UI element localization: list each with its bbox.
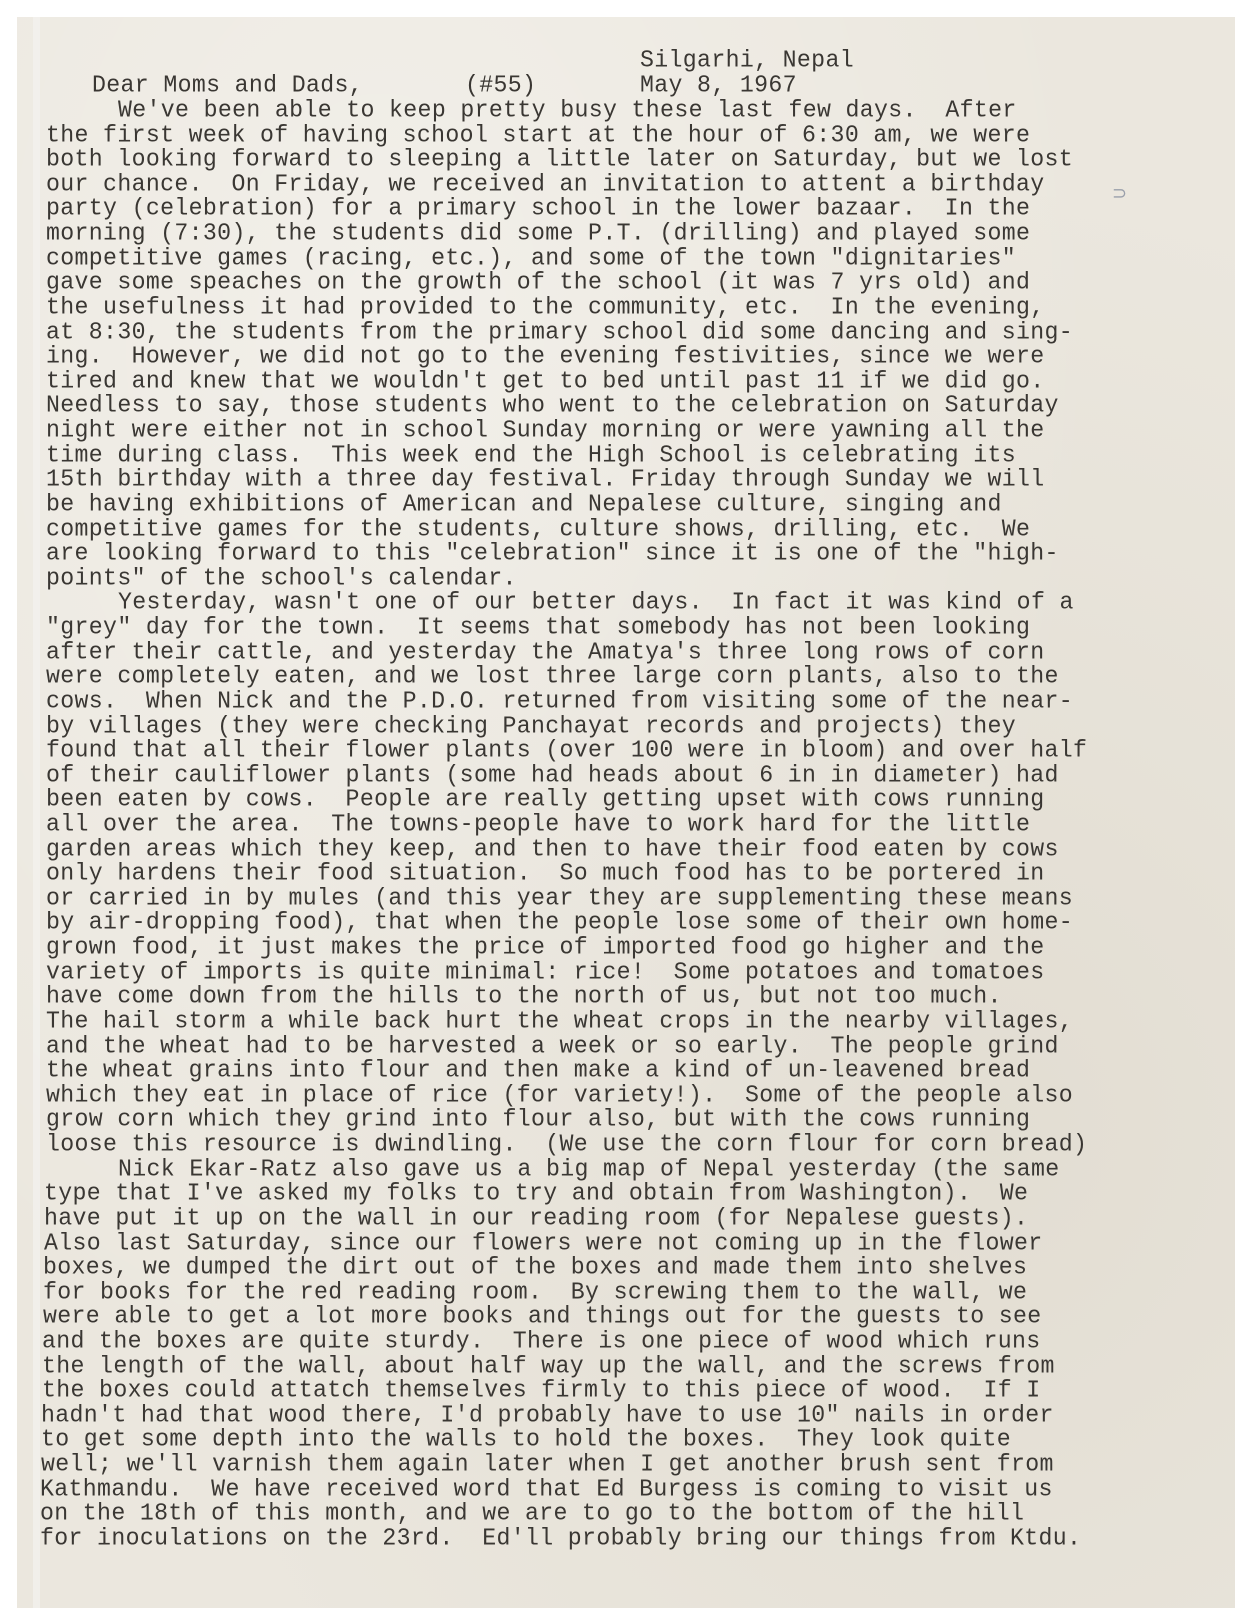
letter-line: at 8:30, the students from the primary s… <box>46 319 1073 346</box>
page-binding-edge <box>33 17 40 1608</box>
letter-line: time during class. This week end the Hig… <box>46 442 1016 469</box>
letter-line: Nick Ekar-Ratz also gave us a big map of… <box>118 1156 1059 1183</box>
letter-line: type that I've asked my folks to try and… <box>44 1180 1028 1207</box>
letter-line: points" of the school's calendar. <box>46 565 517 592</box>
letter-line: only hardens their food situation. So mu… <box>46 860 1045 887</box>
margin-pencil-mark: ⊃ <box>1112 183 1127 204</box>
letter-line: We've been able to keep pretty busy thes… <box>118 97 1017 124</box>
letter-line: of their cauliflower plants (some had he… <box>46 762 1059 789</box>
letter-line: to get some depth into the walls to hold… <box>41 1426 1011 1453</box>
letter-line: are looking forward to this "celebration… <box>46 540 1059 567</box>
letter-line: were able to get a lot more books and th… <box>43 1303 1042 1330</box>
letter-line: Needless to say, those students who went… <box>46 392 1059 419</box>
letter-line: boxes, we dumped the dirt out of the box… <box>43 1254 1027 1281</box>
letter-line: the length of the wall, about half way u… <box>42 1353 1055 1380</box>
letter-line: ing. However, we did not go to the eveni… <box>46 343 1045 370</box>
letter-line: have come down from the hills to the nor… <box>46 983 1002 1010</box>
letter-line: by air-dropping food), that when the peo… <box>46 909 1073 936</box>
letter-line: our chance. On Friday, we received an in… <box>46 171 1045 198</box>
letter-line: found that all their flower plants (over… <box>46 737 1087 764</box>
letter-line: 15th birthday with a three day festival.… <box>46 466 1045 493</box>
letter-line: "grey" day for the town. It seems that s… <box>46 614 1030 641</box>
letter-line: The hail storm a while back hurt the whe… <box>46 1008 1073 1035</box>
letter-line: by villages (they were checking Panchaya… <box>46 713 1016 740</box>
letter-line: have put it up on the wall in our readin… <box>44 1205 1028 1232</box>
letter-line: on the 18th of this month, and we are to… <box>40 1500 1024 1527</box>
letter-line: been eaten by cows. People are really ge… <box>46 786 1045 813</box>
letter-line: Yesterday, wasn't one of our better days… <box>118 589 1074 616</box>
letter-line: the boxes could attatch themselves firml… <box>42 1377 1041 1404</box>
letter-line: for inoculations on the 23rd. Ed'll prob… <box>40 1525 1081 1552</box>
letter-line: cows. When Nick and the P.D.O. returned … <box>46 688 1073 715</box>
letter-text: Silgarhi, Nepal Dear Moms and Dads, (#55… <box>0 0 29 182</box>
letter-line: grown food, it just makes the price of i… <box>46 934 1045 961</box>
letter-line: party (celebration) for a primary school… <box>46 195 1030 222</box>
letter-line: competitive games (racing, etc.), and so… <box>46 245 1016 272</box>
letter-line: and the wheat had to be harvested a week… <box>46 1033 1059 1060</box>
letter-line: for books for the red reading room. By s… <box>43 1279 1027 1306</box>
letter-line: the usefulness it had provided to the co… <box>46 294 1045 321</box>
letter-line: the first week of having school start at… <box>46 122 1030 149</box>
letter-date: May 8, 1967 <box>640 72 797 99</box>
letter-line: were completely eaten, and we lost three… <box>46 663 1059 690</box>
letter-line: all over the area. The towns-people have… <box>46 811 1030 838</box>
letter-line: grow corn which they grind into flour al… <box>46 1106 1030 1133</box>
letter-line: competitive games for the students, cult… <box>46 516 1030 543</box>
letter-line: morning (7:30), the students did some P.… <box>46 220 1030 247</box>
letter-salutation: Dear Moms and Dads, <box>92 72 363 99</box>
letter-line: be having exhibitions of American and Ne… <box>46 491 1002 518</box>
letter-line: well; we'll varnish them again later whe… <box>41 1451 1054 1478</box>
letter-line: night were either not in school Sunday m… <box>46 417 1045 444</box>
letter-line: Also last Saturday, since our flowers we… <box>44 1230 1043 1257</box>
letter-line: tired and knew that we wouldn't get to b… <box>46 368 1045 395</box>
letter-line: or carried in by mules (and this year th… <box>46 885 1073 912</box>
letter-line: which they eat in place of rice (for var… <box>46 1082 1073 1109</box>
letter-line: hadn't had that wood there, I'd probably… <box>41 1402 1054 1429</box>
letter-line: both looking forward to sleeping a littl… <box>46 146 1073 173</box>
letter-line: after their cattle, and yesterday the Am… <box>46 639 1045 666</box>
letter-line: gave some speaches on the growth of the … <box>46 269 1030 296</box>
letter-place: Silgarhi, Nepal <box>640 47 854 74</box>
letter-line: the wheat grains into flour and then mak… <box>46 1057 1030 1084</box>
letter-number: (#55) <box>465 72 536 99</box>
letter-line: variety of imports is quite minimal: ric… <box>46 959 1045 986</box>
letter-line: and the boxes are quite sturdy. There is… <box>42 1328 1041 1355</box>
letter-line: garden areas which they keep, and then t… <box>46 836 1059 863</box>
letter-line: Kathmandu. We have received word that Ed… <box>40 1476 1053 1503</box>
letter-line: loose this resource is dwindling. (We us… <box>46 1131 1087 1158</box>
